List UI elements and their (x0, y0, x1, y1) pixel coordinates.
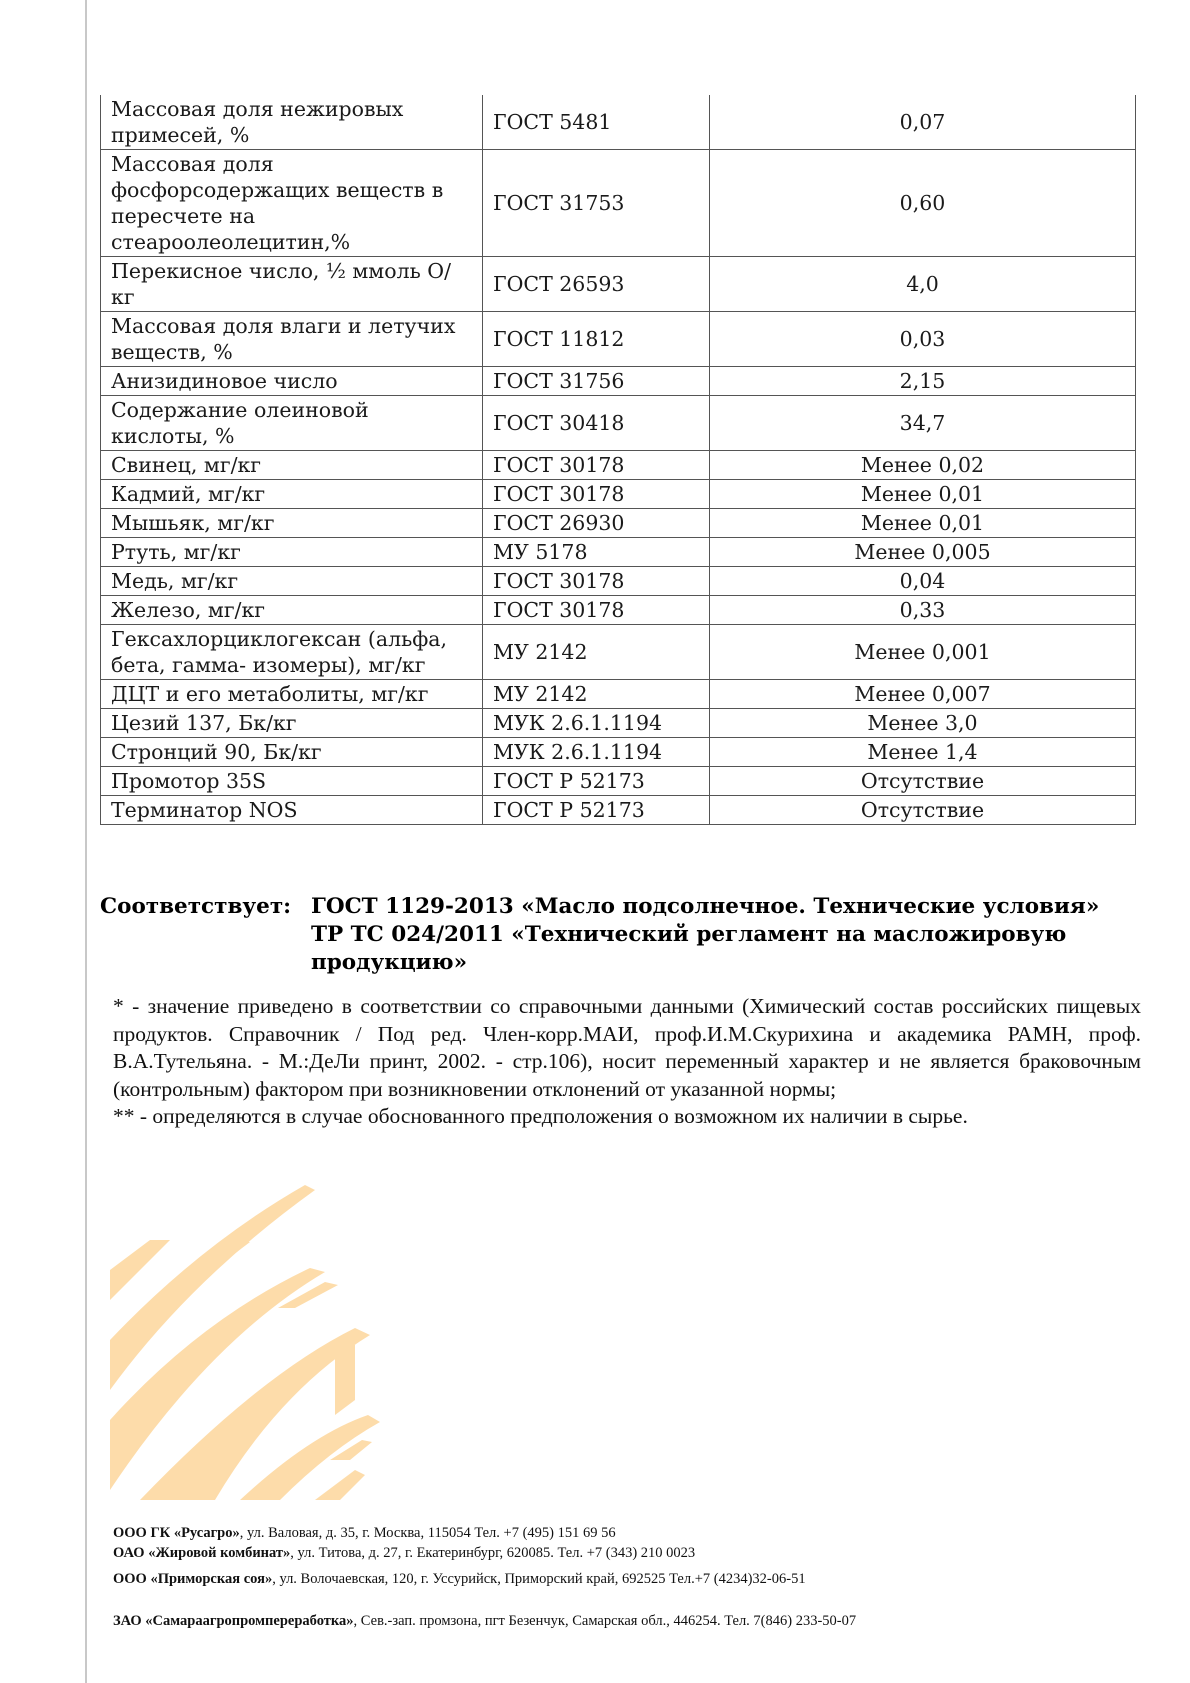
param-cell: Стронций 90, Бк/кг (101, 738, 483, 767)
method-cell: ГОСТ 30178 (483, 567, 710, 596)
param-cell: Свинец, мг/кг (101, 451, 483, 480)
method-cell: ГОСТ 30418 (483, 396, 710, 451)
param-cell: Массовая доля фосфорсодержащих веществ в… (101, 150, 483, 257)
method-cell: ГОСТ 30178 (483, 451, 710, 480)
value-cell: 0,33 (710, 596, 1136, 625)
table-row: Терминатор NOSГОСТ Р 52173Отсутствие (101, 796, 1136, 825)
table-row: Медь, мг/кгГОСТ 301780,04 (101, 567, 1136, 596)
value-cell: 2,15 (710, 367, 1136, 396)
table-row: Свинец, мг/кгГОСТ 30178Менее 0,02 (101, 451, 1136, 480)
table-row: Промотор 35SГОСТ Р 52173Отсутствие (101, 767, 1136, 796)
sun-rays-logo-icon (110, 1160, 410, 1500)
value-cell: Менее 1,4 (710, 738, 1136, 767)
method-cell: ГОСТ 26593 (483, 257, 710, 312)
param-cell: ДЦТ и его метаболиты, мг/кг (101, 680, 483, 709)
param-cell: Массовая доля влаги и летучих веществ, % (101, 312, 483, 367)
table-row: ДЦТ и его метаболиты, мг/кгМУ 2142Менее … (101, 680, 1136, 709)
method-cell: ГОСТ Р 52173 (483, 796, 710, 825)
method-cell: ГОСТ Р 52173 (483, 767, 710, 796)
table-row: Массовая доля нежировых примесей, %ГОСТ … (101, 95, 1136, 150)
value-cell: 4,0 (710, 257, 1136, 312)
value-cell: Менее 0,01 (710, 480, 1136, 509)
value-cell: 0,04 (710, 567, 1136, 596)
param-cell: Перекисное число, ½ ммоль О/кг (101, 257, 483, 312)
method-cell: ГОСТ 30178 (483, 596, 710, 625)
param-cell: Кадмий, мг/кг (101, 480, 483, 509)
page-margin-line (85, 0, 87, 1683)
value-cell: Отсутствие (710, 767, 1136, 796)
footer-line: ЗАО «Самараагропромпереработка», Сев.-за… (113, 1613, 856, 1630)
param-cell: Массовая доля нежировых примесей, % (101, 95, 483, 150)
value-cell: 34,7 (710, 396, 1136, 451)
table-row: Ртуть, мг/кгМУ 5178Менее 0,005 (101, 538, 1136, 567)
value-cell: 0,03 (710, 312, 1136, 367)
method-cell: МУК 2.6.1.1194 (483, 709, 710, 738)
footer-line: ОАО «Жировой комбинат», ул. Титова, д. 2… (113, 1545, 695, 1562)
method-cell: ГОСТ 31753 (483, 150, 710, 257)
param-cell: Цезий 137, Бк/кг (101, 709, 483, 738)
footer-line: ООО «Приморская соя», ул. Волочаевская, … (113, 1571, 806, 1588)
value-cell: 0,60 (710, 150, 1136, 257)
method-cell: ГОСТ 31756 (483, 367, 710, 396)
table-row: Мышьяк, мг/кгГОСТ 26930Менее 0,01 (101, 509, 1136, 538)
value-cell: Менее 3,0 (710, 709, 1136, 738)
table-row: Перекисное число, ½ ммоль О/кгГОСТ 26593… (101, 257, 1136, 312)
table-row: Массовая доля влаги и летучих веществ, %… (101, 312, 1136, 367)
conformity-standards: ГОСТ 1129-2013 «Масло подсолнечное. Техн… (311, 893, 1091, 977)
table-row: Гексахлорциклогексан (альфа, бета, гамма… (101, 625, 1136, 680)
value-cell: Менее 0,02 (710, 451, 1136, 480)
value-cell: Менее 0,001 (710, 625, 1136, 680)
method-cell: ГОСТ 26930 (483, 509, 710, 538)
method-cell: ГОСТ 30178 (483, 480, 710, 509)
table-row: Содержание олеиновой кислоты, %ГОСТ 3041… (101, 396, 1136, 451)
conformity-line: ГОСТ 1129-2013 «Масло подсолнечное. Техн… (311, 893, 1091, 921)
param-cell: Медь, мг/кг (101, 567, 483, 596)
spec-table: Массовая доля нежировых примесей, %ГОСТ … (100, 95, 1136, 825)
method-cell: ГОСТ 11812 (483, 312, 710, 367)
footer-line: ООО ГК «Русагро», ул. Валовая, д. 35, г.… (113, 1525, 616, 1542)
footnotes: * - значение приведено в соответствии со… (113, 993, 1141, 1131)
value-cell: Отсутствие (710, 796, 1136, 825)
conformity-label: Соответствует: (100, 893, 291, 921)
param-cell: Промотор 35S (101, 767, 483, 796)
method-cell: МУ 5178 (483, 538, 710, 567)
method-cell: ГОСТ 5481 (483, 95, 710, 150)
footnote-2: ** - определяются в случае обоснованного… (113, 1103, 1141, 1131)
table-row: Железо, мг/кгГОСТ 301780,33 (101, 596, 1136, 625)
method-cell: МУ 2142 (483, 680, 710, 709)
method-cell: МУ 2142 (483, 625, 710, 680)
table-row: Кадмий, мг/кгГОСТ 30178Менее 0,01 (101, 480, 1136, 509)
conformity-line: ТР ТС 024/2011 «Технический регламент на… (311, 921, 1091, 949)
value-cell: Менее 0,01 (710, 509, 1136, 538)
method-cell: МУК 2.6.1.1194 (483, 738, 710, 767)
param-cell: Терминатор NOS (101, 796, 483, 825)
table-row: Массовая доля фосфорсодержащих веществ в… (101, 150, 1136, 257)
spec-table-body: Массовая доля нежировых примесей, %ГОСТ … (101, 95, 1136, 825)
param-cell: Гексахлорциклогексан (альфа, бета, гамма… (101, 625, 483, 680)
table-row: Стронций 90, Бк/кгМУК 2.6.1.1194Менее 1,… (101, 738, 1136, 767)
table-row: Анизидиновое числоГОСТ 317562,15 (101, 367, 1136, 396)
param-cell: Ртуть, мг/кг (101, 538, 483, 567)
value-cell: Менее 0,005 (710, 538, 1136, 567)
value-cell: Менее 0,007 (710, 680, 1136, 709)
table-row: Цезий 137, Бк/кгМУК 2.6.1.1194Менее 3,0 (101, 709, 1136, 738)
param-cell: Содержание олеиновой кислоты, % (101, 396, 483, 451)
conformity-line: продукцию» (311, 949, 1091, 977)
param-cell: Мышьяк, мг/кг (101, 509, 483, 538)
param-cell: Железо, мг/кг (101, 596, 483, 625)
footnote-1: * - значение приведено в соответствии со… (113, 993, 1141, 1103)
param-cell: Анизидиновое число (101, 367, 483, 396)
value-cell: 0,07 (710, 95, 1136, 150)
